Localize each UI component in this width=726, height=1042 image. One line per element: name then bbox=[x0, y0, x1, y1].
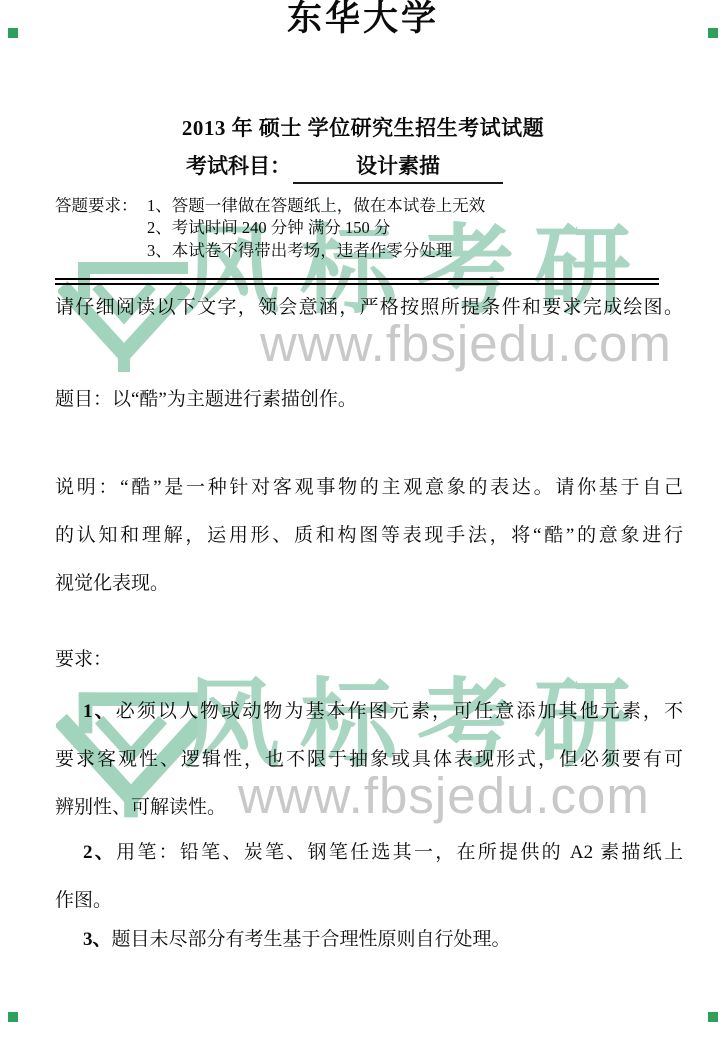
requirements-label: 要求： bbox=[55, 636, 683, 684]
corner-mark-top-left bbox=[8, 28, 18, 38]
description-line: 的认知和理解，运用形、质和构图等表现手法，将“酷”的意象进行 bbox=[55, 512, 683, 560]
university-title: 东华大学 bbox=[0, 0, 726, 39]
notice-item: 2、考试时间 240 分钟 满分 150 分 bbox=[147, 217, 695, 239]
notice-label: 答题要求： bbox=[55, 195, 147, 217]
requirement-number: 3、 bbox=[83, 929, 112, 950]
exam-subject-line: 考试科目：设计素描 bbox=[186, 153, 503, 184]
requirement-line: 2、用笔：铅笔、炭笔、钢笔任选其一，在所提供的 A2 素描纸上 bbox=[55, 829, 683, 877]
notice-line: 答题要求：1、答题一律做在答题纸上，做在本试卷上无效 bbox=[55, 195, 695, 217]
subject-value: 设计素描 bbox=[356, 154, 440, 178]
requirement-number: 1、 bbox=[83, 701, 116, 722]
requirement-item-2: 2、用笔：铅笔、炭笔、钢笔任选其一，在所提供的 A2 素描纸上 作图。 bbox=[55, 829, 683, 925]
corner-mark-top-right bbox=[708, 28, 718, 38]
description-line: 说明：“酷”是一种针对客观事物的主观意象的表达。请你基于自己 bbox=[55, 464, 683, 512]
notice-item: 1、答题一律做在答题纸上，做在本试卷上无效 bbox=[147, 196, 485, 215]
requirement-item-1: 1、必须以人物或动物为基本作图元素，可任意添加其他元素，不 要求客观性、逻辑性，… bbox=[55, 688, 683, 832]
requirement-number: 2、 bbox=[83, 842, 116, 863]
description-line: 视觉化表现。 bbox=[55, 560, 683, 608]
subject-underline-field: 设计素描 bbox=[293, 153, 503, 184]
exam-subtitle: 2013 年 硕士 学位研究生招生考试试题 bbox=[0, 117, 726, 140]
requirement-line: 辨别性、可解读性。 bbox=[55, 784, 683, 832]
requirement-item-3: 3、题目未尽部分有考生基于合理性原则自行处理。 bbox=[55, 916, 683, 964]
exam-paper-page: 风标考研 www.fbsjedu.com 风标考研 www.fbsjedu.co… bbox=[0, 0, 726, 1042]
requirement-line: 要求客观性、逻辑性，也不限于抽象或具体表现形式，但必须要有可 bbox=[55, 736, 683, 784]
description-paragraph: 说明：“酷”是一种针对客观事物的主观意象的表达。请你基于自己 的认知和理解，运用… bbox=[55, 464, 683, 608]
subject-label: 考试科目： bbox=[186, 154, 291, 178]
topic-line: 题目：以“酷”为主题进行素描创作。 bbox=[55, 376, 683, 424]
intro-line: 请仔细阅读以下文字，领会意涵，严格按照所提条件和要求完成绘图。 bbox=[55, 284, 683, 332]
requirement-line: 1、必须以人物或动物为基本作图元素，可任意添加其他元素，不 bbox=[55, 688, 683, 736]
requirement-line: 3、题目未尽部分有考生基于合理性原则自行处理。 bbox=[55, 916, 683, 964]
notice-item: 3、本试卷不得带出考场，违者作零分处理 bbox=[147, 240, 695, 262]
answer-notice-block: 答题要求：1、答题一律做在答题纸上，做在本试卷上无效 2、考试时间 240 分钟… bbox=[55, 195, 695, 262]
corner-mark-bottom-right bbox=[708, 1012, 718, 1022]
corner-mark-bottom-left bbox=[8, 1012, 18, 1022]
